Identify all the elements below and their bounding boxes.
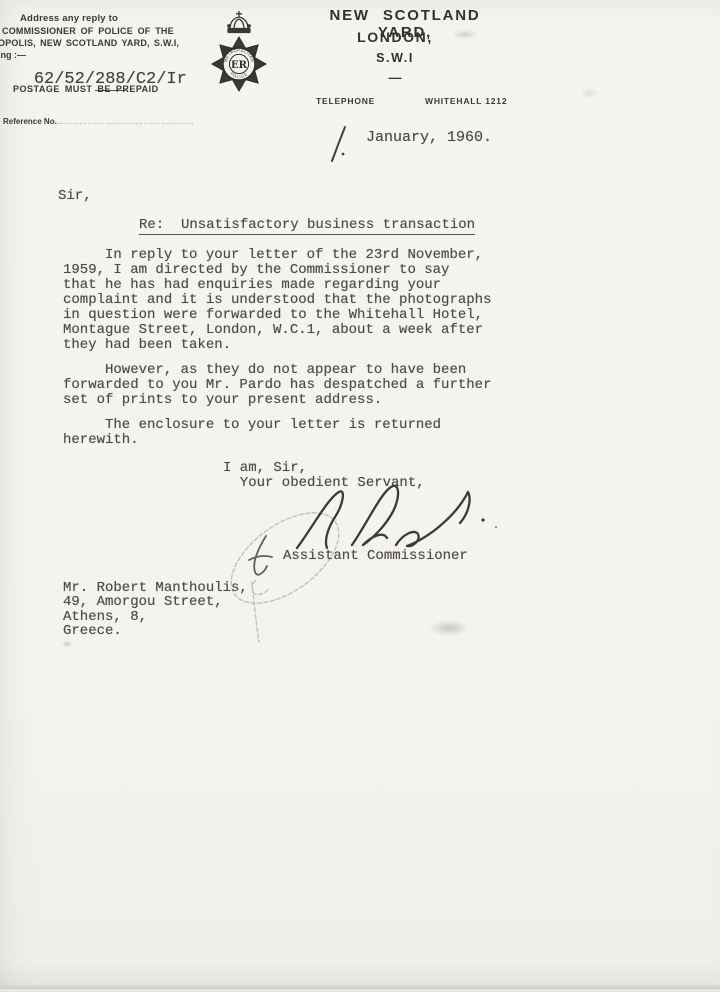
signoff-role: Assistant Commissioner [283,548,468,564]
paragraph-3: The enclosure to your letter is returned… [63,418,441,448]
telephone-number: WHITEHALL 1212 [425,96,507,106]
subject-line: Re: Unsatisfactory business transaction [139,215,475,233]
handwritten-day-mark [326,122,356,167]
scan-smudge [452,30,478,39]
subject-text: Re: Unsatisfactory business transaction [139,217,475,235]
crest-monogram: ER [231,60,248,71]
reply-notice-line1: Address any reply to [20,13,118,24]
scan-bottom-edge [0,984,720,992]
postage-notice: POSTAGE MUST BE PREPAID [13,84,159,94]
scan-smudge [580,88,598,98]
metropolitan-police-crest: METROPOLITAN POLICE ER [203,9,275,101]
reply-notice-line2: COMMISSIONER OF POLICE OF THE [2,26,174,36]
reply-notice-line3: OPOLIS, NEW SCOTLAND YARD, S.W.I, [0,38,179,48]
crown-icon [228,11,250,33]
scanned-letter-page: Address any reply to COMMISSIONER OF POL… [0,0,720,992]
reference-line: Reference No............................… [3,111,194,129]
file-reference-number: 62/52/288/C2/Ir [0,51,187,108]
reference-dotted-rule: ........................................… [57,119,194,126]
salutation: Sir, [58,188,92,204]
paragraph-1: In reply to your letter of the 23rd Nove… [63,248,491,353]
station-divider: — [315,70,475,85]
station-line2: LONDON, [315,29,475,45]
typed-date: January, 1960. [366,129,492,146]
signature-ink-scrawl [297,486,497,548]
reference-label: Reference No. [3,117,57,126]
scan-smudge [428,620,470,636]
telephone-label: TELEPHONE [316,96,375,106]
recipient-address: Mr. Robert Manthoulis, 49, Amorgou Stree… [63,581,248,638]
station-line3: S.W.I [315,51,475,65]
scan-smudge [62,641,72,647]
paragraph-2: However, as they do not appear to have b… [63,363,491,408]
